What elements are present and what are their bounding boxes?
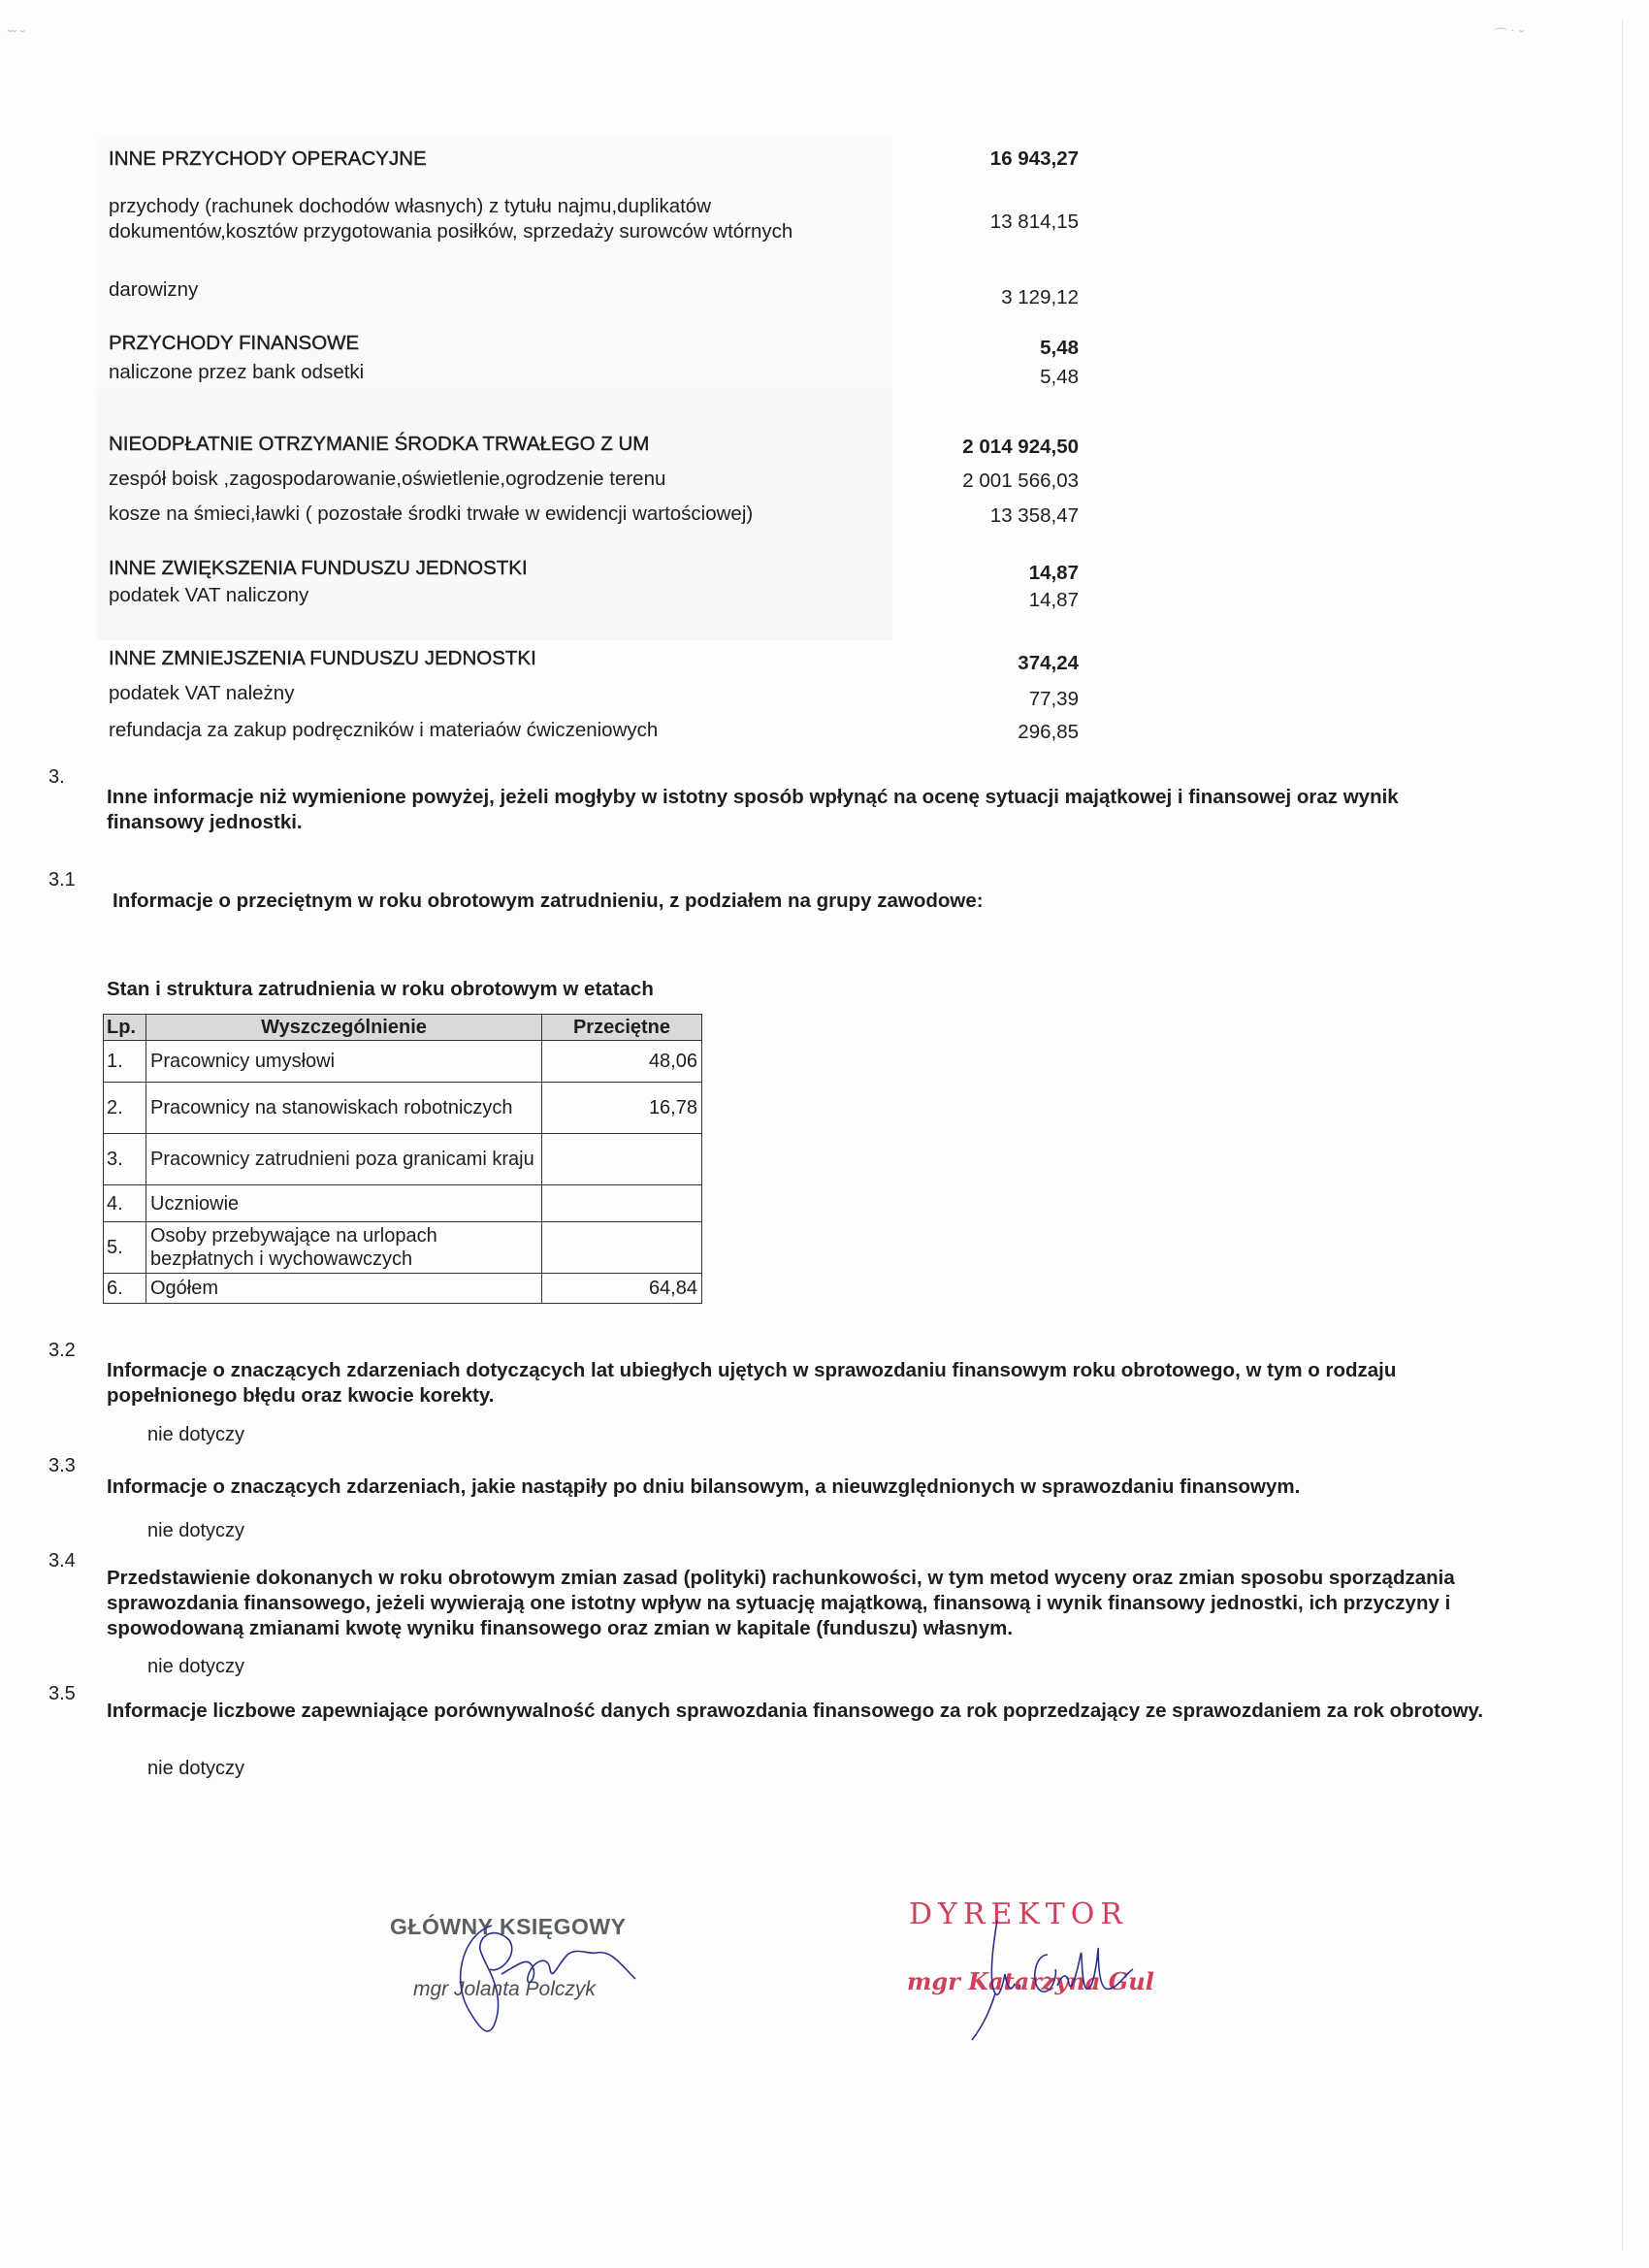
cell-description: Pracownicy zatrudnieni poza granicami kr… bbox=[146, 1134, 542, 1185]
stamp-title: GŁÓWNY KSIĘGOWY bbox=[390, 1914, 626, 1940]
section-3-text: Inne informacje niż wymienione powyżej, … bbox=[107, 785, 1484, 835]
cell-value bbox=[542, 1134, 702, 1185]
fin-label: INNE ZMNIEJSZENIA FUNDUSZU JEDNOSTKI bbox=[109, 646, 943, 671]
director-stamp: DYREKTOR mgr Katarzyna Gul bbox=[907, 1892, 1179, 2027]
fin-label: PRZYCHODY FINANSOWE bbox=[109, 331, 943, 356]
scan-edge-line bbox=[1622, 19, 1623, 2251]
table-row: 2. Pracownicy na stanowiskach robotniczy… bbox=[104, 1083, 702, 1134]
section-number: 3.3 bbox=[48, 1455, 76, 1477]
cell-lp: 4. bbox=[104, 1185, 146, 1222]
scan-artifact: ⌒ ˙ ˘ bbox=[1494, 25, 1524, 45]
fin-label: zespół boisk ,zagospodarowanie,oświetlen… bbox=[109, 467, 943, 492]
fin-label: INNE PRZYCHODY OPERACYJNE bbox=[109, 146, 943, 172]
fin-value: 5,48 bbox=[865, 365, 1079, 390]
cell-lp: 6. bbox=[104, 1274, 146, 1304]
fin-value: 2 001 566,03 bbox=[865, 469, 1079, 494]
column-header-lp: Lp. bbox=[104, 1015, 146, 1041]
fin-value: 77,39 bbox=[865, 687, 1079, 712]
table-caption: Stan i struktura zatrudnienia w roku obr… bbox=[107, 978, 654, 1001]
section-3-4-text: Przedstawienie dokonanych w roku obrotow… bbox=[107, 1566, 1455, 1641]
fin-label: podatek VAT należny bbox=[109, 681, 943, 706]
fin-label-line2: dokumentów,kosztów przygotowania posiłkó… bbox=[109, 219, 943, 244]
fin-label: darowizny bbox=[109, 277, 943, 303]
cell-lp: 5. bbox=[104, 1222, 146, 1274]
table-row: 1. Pracownicy umysłowi 48,06 bbox=[104, 1041, 702, 1083]
cell-value: 16,78 bbox=[542, 1083, 702, 1134]
cell-description: Osoby przebywające na urlopach bezpłatny… bbox=[146, 1222, 542, 1274]
section-number: 3.1 bbox=[48, 869, 76, 891]
cell-description: Ogółem bbox=[146, 1274, 542, 1304]
section-number: 3.2 bbox=[48, 1340, 76, 1362]
employment-table: Lp. Wyszczególnienie Przeciętne 1. Praco… bbox=[103, 1014, 702, 1304]
stamp-name: mgr Jolanta Polczyk bbox=[413, 1978, 596, 2001]
fin-value: 13 814,15 bbox=[865, 210, 1079, 235]
fin-value: 13 358,47 bbox=[865, 503, 1079, 529]
fin-row-przychody-rachunek: przychody (rachunek dochodów własnych) z… bbox=[109, 194, 1079, 244]
column-header-description: Wyszczególnienie bbox=[146, 1015, 542, 1041]
section-3-2-text: Informacje o znaczących zdarzeniach doty… bbox=[107, 1358, 1494, 1409]
fin-label: NIEODPŁATNIE OTRZYMANIE ŚRODKA TRWAŁEGO … bbox=[109, 432, 943, 457]
cell-value: 48,06 bbox=[542, 1041, 702, 1083]
fin-value: 296,85 bbox=[865, 720, 1079, 745]
fin-label: przychody (rachunek dochodów własnych) z… bbox=[109, 194, 943, 219]
table-row-total: 6. Ogółem 64,84 bbox=[104, 1274, 702, 1304]
section-3-5-text: Informacje liczbowe zapewniające porówny… bbox=[107, 1699, 1484, 1724]
chief-accountant-stamp: GŁÓWNY KSIĘGOWY mgr Jolanta Polczyk bbox=[388, 1906, 679, 2023]
section-3-4-answer: nie dotyczy bbox=[147, 1656, 244, 1678]
cell-lp: 3. bbox=[104, 1134, 146, 1185]
fin-label: naliczone przez bank odsetki bbox=[109, 360, 943, 385]
section-3-5-answer: nie dotyczy bbox=[147, 1758, 244, 1780]
fin-value: 374,24 bbox=[865, 651, 1079, 676]
stamp-name: mgr Katarzyna Gul bbox=[907, 1967, 1154, 1995]
section-3-3-answer: nie dotyczy bbox=[147, 1520, 244, 1542]
fin-label: podatek VAT naliczony bbox=[109, 583, 943, 608]
section-number: 3.4 bbox=[48, 1550, 76, 1572]
fin-label: INNE ZWIĘKSZENIA FUNDUSZU JEDNOSTKI bbox=[109, 556, 943, 581]
fin-value: 3 129,12 bbox=[865, 285, 1079, 310]
fin-value: 14,87 bbox=[865, 588, 1079, 613]
fin-label: kosze na śmieci,ławki ( pozostałe środki… bbox=[109, 502, 943, 527]
cell-lp: 2. bbox=[104, 1083, 146, 1134]
fin-label: refundacja za zakup podręczników i mater… bbox=[109, 718, 943, 743]
fin-value: 5,48 bbox=[865, 336, 1079, 361]
section-3-3-text: Informacje o znaczących zdarzeniach, jak… bbox=[107, 1474, 1484, 1500]
cell-description: Uczniowie bbox=[146, 1185, 542, 1222]
table-row: 3. Pracownicy zatrudnieni poza granicami… bbox=[104, 1134, 702, 1185]
document-page: ˜ˇ ˘ ⌒ ˙ ˘ INNE PRZYCHODY OPERACYJNE 16 … bbox=[0, 0, 1649, 2268]
section-3-2-answer: nie dotyczy bbox=[147, 1424, 244, 1446]
fin-value: 2 014 924,50 bbox=[865, 435, 1079, 460]
cell-value: 64,84 bbox=[542, 1274, 702, 1304]
cell-value bbox=[542, 1222, 702, 1274]
table-header-row: Lp. Wyszczególnienie Przeciętne bbox=[104, 1015, 702, 1041]
cell-description: Pracownicy umysłowi bbox=[146, 1041, 542, 1083]
section-number: 3.5 bbox=[48, 1683, 76, 1705]
column-header-average: Przeciętne bbox=[542, 1015, 702, 1041]
stamp-title: DYREKTOR bbox=[909, 1897, 1128, 1931]
scan-artifact: ˜ˇ ˘ bbox=[8, 27, 25, 43]
cell-lp: 1. bbox=[104, 1041, 146, 1083]
cell-description: Pracownicy na stanowiskach robotniczych bbox=[146, 1083, 542, 1134]
section-3-1-text: Informacje o przeciętnym w roku obrotowy… bbox=[113, 889, 1490, 914]
cell-value bbox=[542, 1185, 702, 1222]
section-number: 3. bbox=[48, 766, 65, 789]
table-row: 5. Osoby przebywające na urlopach bezpła… bbox=[104, 1222, 702, 1274]
table-row: 4. Uczniowie bbox=[104, 1185, 702, 1222]
fin-value: 16 943,27 bbox=[865, 146, 1079, 172]
